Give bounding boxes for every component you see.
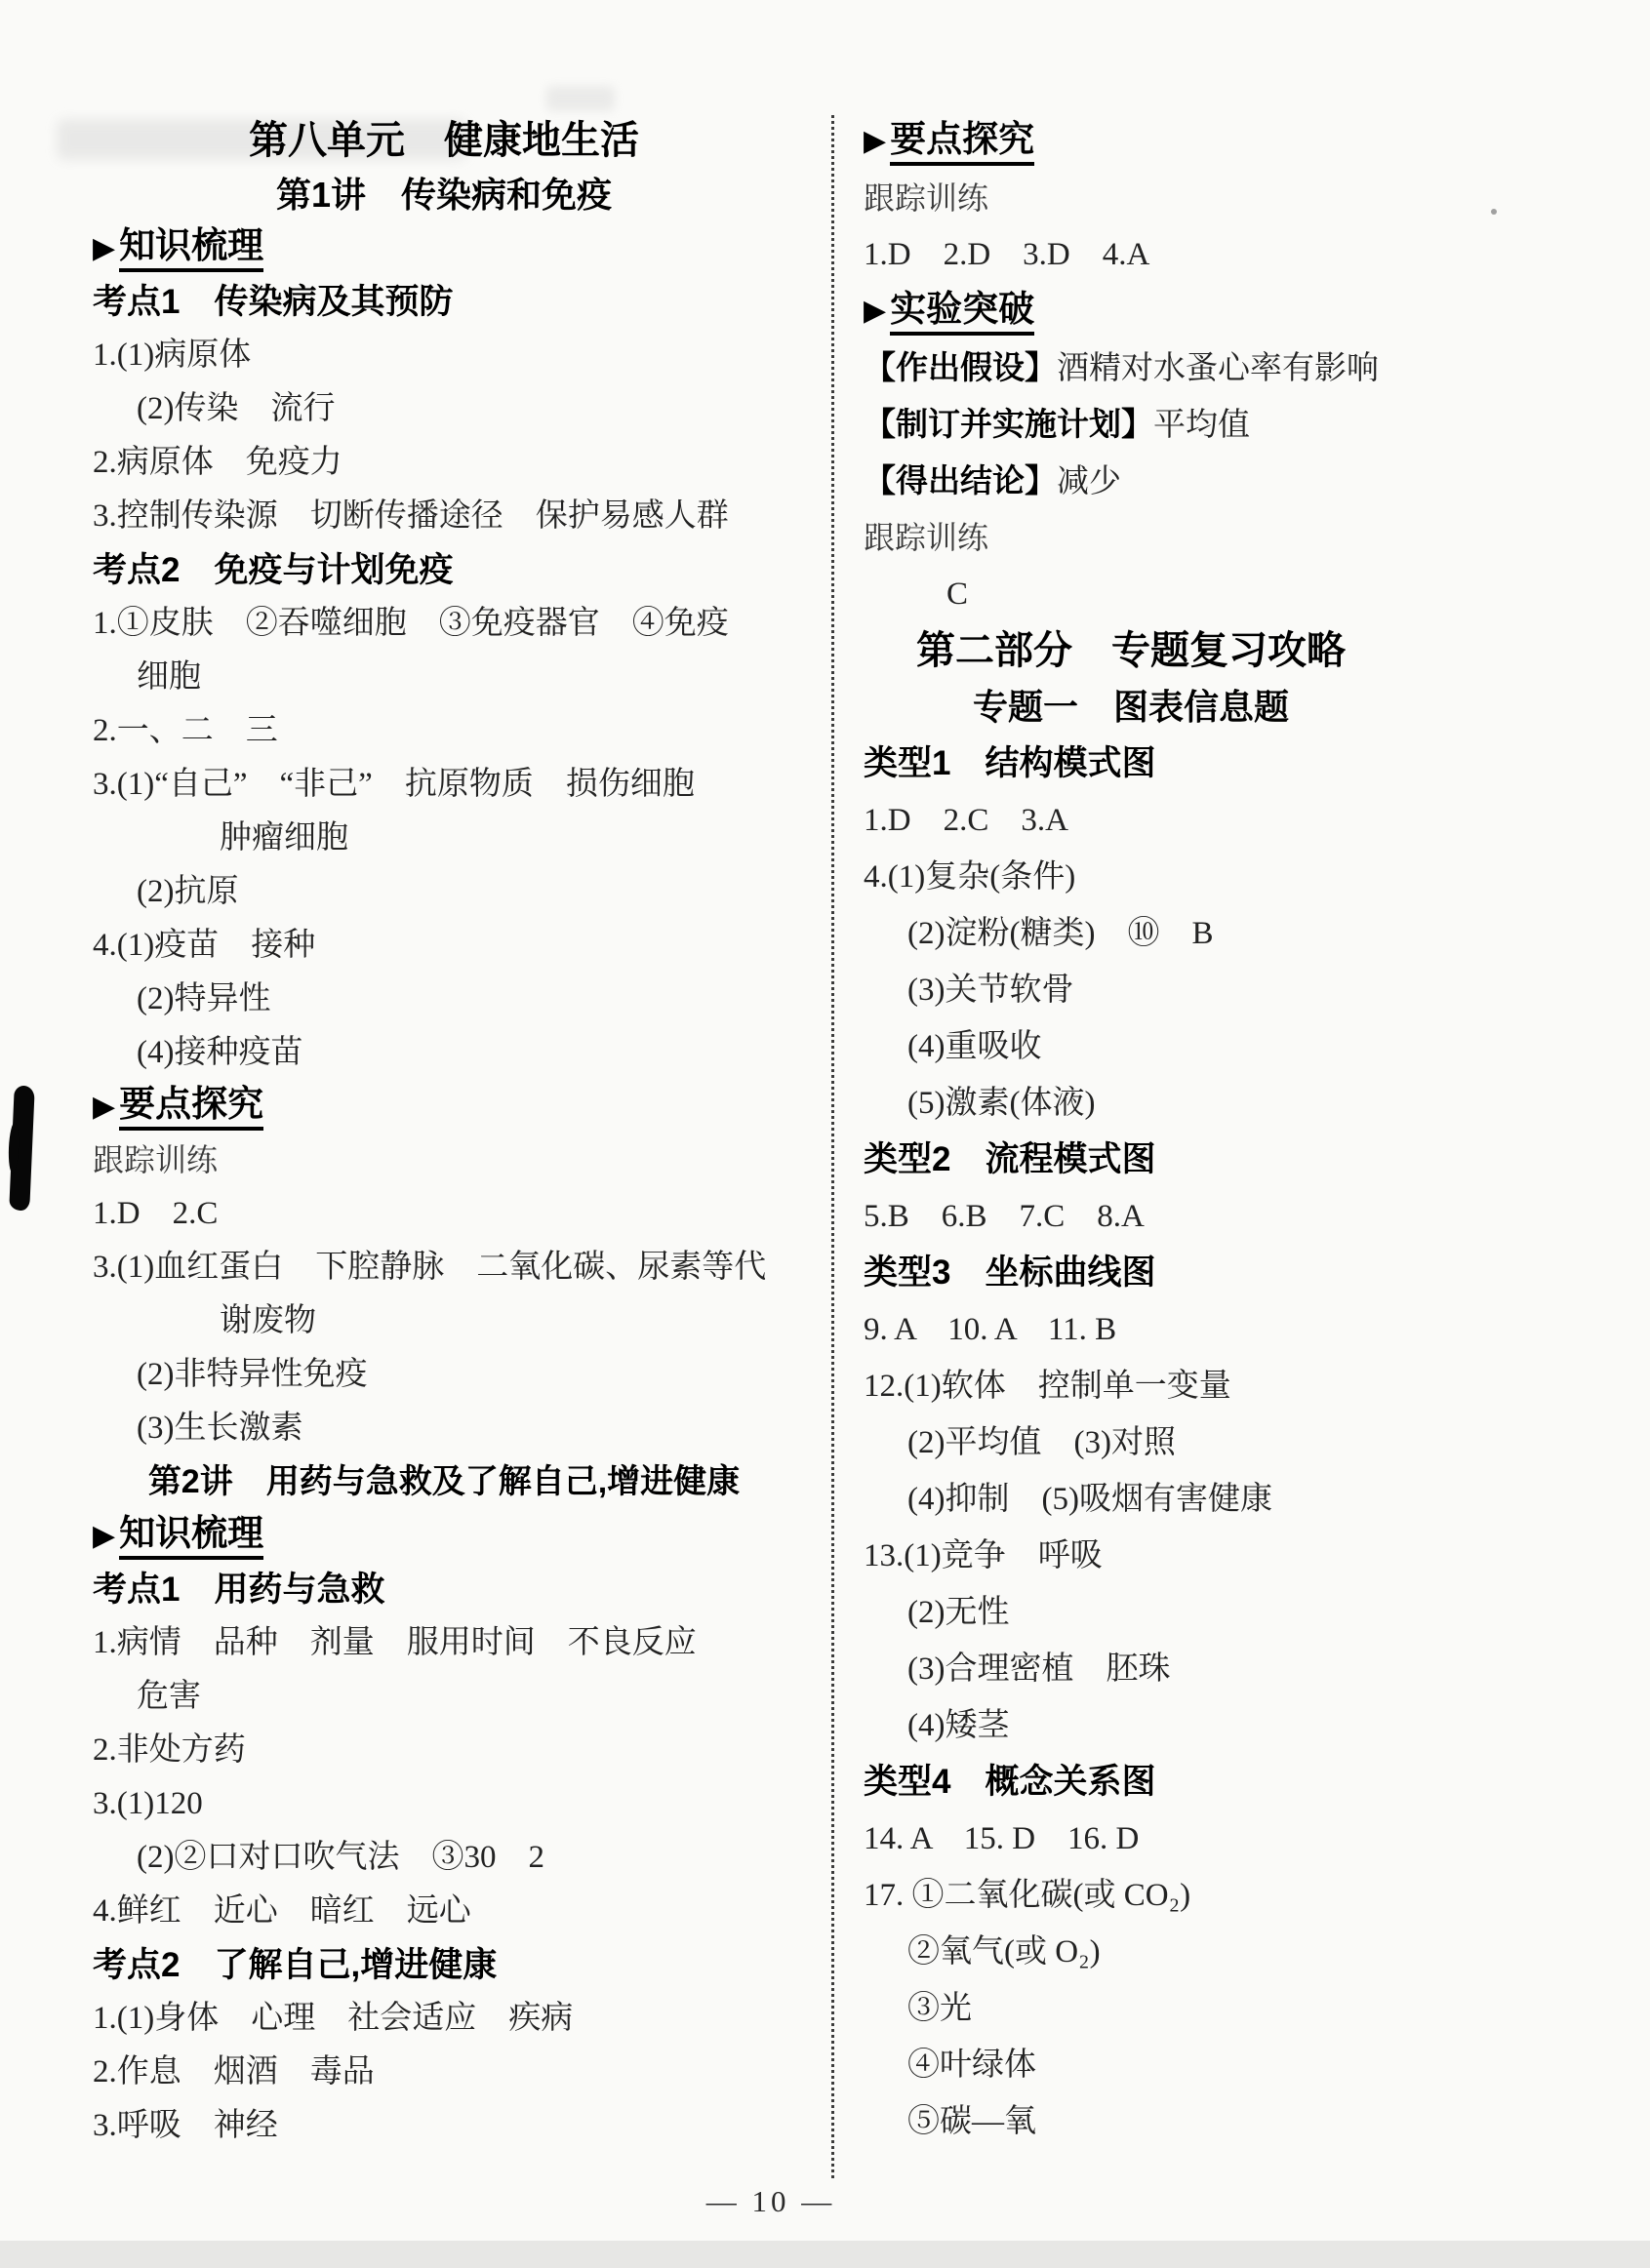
section-header-label: 要点探究 [890, 118, 1034, 166]
testpoint-heading: 考点2 免疫与计划免疫 [93, 543, 795, 597]
unit-title: 第八单元 健康地生活 [93, 114, 795, 168]
answer-line: 14. A 15. D 16. D [864, 1810, 1398, 1867]
column-divider [831, 115, 834, 2178]
answer-line: 13.(1)竞争 呼吸 [864, 1528, 1398, 1584]
answer-line: 3.控制传染源 切断传播途径 保护易感人群 [93, 490, 795, 543]
experiment-step-line: 【得出结论】减少 [864, 453, 1398, 509]
answer-line: (4)矮茎 [864, 1697, 1398, 1754]
experiment-step-answer: 酒精对水蚤心率有影响 [1057, 351, 1379, 386]
section-header-key-points: ▶ 要点探究 [864, 113, 1398, 170]
experiment-step-answer: 平均值 [1153, 408, 1250, 443]
answer-line: (3)关节软骨 [864, 962, 1398, 1018]
lecture-1-title: 第1讲 传染病和免疫 [93, 168, 795, 221]
answer-line: 12.(1)软体 控制单一变量 [864, 1358, 1398, 1414]
answer-line: (3)合理密植 胚珠 [864, 1641, 1398, 1697]
answer-line: 2.一、二 三 [93, 704, 795, 758]
section-header-experiment: ▶ 实验突破 [864, 283, 1398, 339]
section-arrow-icon: ▶ [864, 113, 886, 170]
tracking-training-label: 跟踪训练 [93, 1134, 795, 1187]
section-header-label: 要点探究 [119, 1083, 263, 1131]
answer-line: 1.①皮肤 ②吞噬细胞 ③免疫器官 ④免疫 [93, 597, 795, 651]
section-header-knowledge-review: ▶ 知识梳理 [93, 221, 795, 275]
answer-line: 2.作息 烟酒 毒品 [93, 2046, 795, 2099]
left-column: 第八单元 健康地生活 第1讲 传染病和免疫 ▶ 知识梳理 考点1 传染病及其预防… [93, 114, 795, 2153]
testpoint-heading: 考点1 传染病及其预防 [93, 275, 795, 329]
ink-mark-artifact [9, 1086, 35, 1212]
answer-line: 细胞 [93, 651, 795, 704]
answer-line: ③光 [864, 1980, 1398, 2037]
answer-line: (2)无性 [864, 1584, 1398, 1641]
answer-line: 3.(1)“自己” “非己” 抗原物质 损伤细胞 [93, 758, 795, 812]
answer-line: (2)传染 流行 [93, 382, 795, 436]
answer-line: 1.D 2.C 3.A [864, 792, 1398, 849]
section-header-label: 知识梳理 [119, 1512, 263, 1560]
answer-line: 3.(1)血红蛋白 下腔静脉 二氧化碳、尿素等代 [93, 1241, 795, 1294]
answer-line: 17. ①二氧化碳(或 CO₂) [864, 1867, 1398, 1924]
scan-dot-artifact [1491, 209, 1497, 215]
experiment-step-label: 【作出假设】 [864, 349, 1057, 385]
experiment-step-line: 【作出假设】酒精对水蚤心率有影响 [864, 339, 1398, 396]
type-heading: 类型4 概念关系图 [864, 1754, 1398, 1810]
scan-edge-band [0, 2241, 1650, 2268]
answer-line: (2)抗原 [93, 865, 795, 919]
lecture-2-title: 第2讲 用药与急救及了解自己,增进健康 [93, 1455, 795, 1509]
answer-line: 3.呼吸 神经 [93, 2099, 795, 2153]
section-header-label: 实验突破 [890, 288, 1034, 336]
answer-line: 4.鲜红 近心 暗红 远心 [93, 1885, 795, 1938]
experiment-step-answer: 减少 [1057, 464, 1121, 499]
testpoint-heading: 考点1 用药与急救 [93, 1563, 795, 1616]
type-heading: 类型3 坐标曲线图 [864, 1245, 1398, 1301]
experiment-step-line: 【制订并实施计划】平均值 [864, 396, 1398, 453]
page-number: — 10 — [0, 2181, 1542, 2222]
answer-line: (2)非特异性免疫 [93, 1348, 795, 1402]
answer-line: 谢废物 [93, 1294, 795, 1348]
answer-line: ⑤碳—氧 [864, 2093, 1398, 2150]
answer-line: 4.(1)疫苗 接种 [93, 919, 795, 973]
part-2-title: 第二部分 专题复习攻略 [864, 622, 1398, 679]
answer-line: 1.D 2.D 3.D 4.A [864, 226, 1398, 283]
workbook-answer-page: 第八单元 健康地生活 第1讲 传染病和免疫 ▶ 知识梳理 考点1 传染病及其预防… [0, 0, 1650, 2268]
answer-line: 危害 [93, 1670, 795, 1724]
section-header-label: 知识梳理 [119, 224, 263, 272]
scan-smudge-artifact [546, 86, 615, 111]
answer-line: 2.非处方药 [93, 1724, 795, 1777]
answer-line: (5)激素(体液) [864, 1075, 1398, 1132]
answer-line: 1.病情 品种 剂量 服用时间 不良反应 [93, 1616, 795, 1670]
section-arrow-icon: ▶ [93, 1509, 115, 1563]
answer-line: 1.(1)身体 心理 社会适应 疾病 [93, 1992, 795, 2046]
answer-line: (3)生长激素 [93, 1402, 795, 1455]
answer-line: C [864, 566, 1398, 622]
answer-line: (2)平均值 (3)对照 [864, 1414, 1398, 1471]
answer-line: 4.(1)复杂(条件) [864, 849, 1398, 905]
type-heading: 类型1 结构模式图 [864, 736, 1398, 792]
answer-line: 5.B 6.B 7.C 8.A [864, 1188, 1398, 1245]
answer-line: (2)淀粉(糖类) ⑩ B [864, 905, 1398, 962]
answer-line: 9. A 10. A 11. B [864, 1301, 1398, 1358]
tracking-training-label: 跟踪训练 [864, 170, 1398, 226]
experiment-step-label: 【得出结论】 [864, 462, 1057, 498]
tracking-training-label: 跟踪训练 [864, 509, 1398, 566]
answer-line: (4)抑制 (5)吸烟有害健康 [864, 1471, 1398, 1528]
experiment-step-label: 【制订并实施计划】 [864, 406, 1153, 442]
answer-line: 肿瘤细胞 [93, 812, 795, 865]
testpoint-heading: 考点2 了解自己,增进健康 [93, 1938, 795, 1992]
topic-1-title: 专题一 图表信息题 [864, 679, 1398, 736]
section-arrow-icon: ▶ [864, 283, 886, 339]
answer-line: ②氧气(或 O₂) [864, 1924, 1398, 1980]
type-heading: 类型2 流程模式图 [864, 1132, 1398, 1188]
section-header-knowledge-review: ▶ 知识梳理 [93, 1509, 795, 1563]
answer-line: (2)特异性 [93, 973, 795, 1026]
answer-line: (2)②口对口吹气法 ③30 2 [93, 1831, 795, 1885]
answer-line: 1.D 2.C [93, 1187, 795, 1241]
answer-line: (4)重吸收 [864, 1018, 1398, 1075]
section-arrow-icon: ▶ [93, 221, 115, 275]
answer-line: 2.病原体 免疫力 [93, 436, 795, 490]
right-column: ▶ 要点探究 跟踪训练 1.D 2.D 3.D 4.A ▶ 实验突破 【作出假设… [864, 113, 1398, 2150]
answer-line: 3.(1)120 [93, 1777, 795, 1831]
section-header-key-points: ▶ 要点探究 [93, 1080, 795, 1134]
answer-line: ④叶绿体 [864, 2037, 1398, 2093]
section-arrow-icon: ▶ [93, 1080, 115, 1134]
answer-line: 1.(1)病原体 [93, 329, 795, 382]
answer-line: (4)接种疫苗 [93, 1026, 795, 1080]
